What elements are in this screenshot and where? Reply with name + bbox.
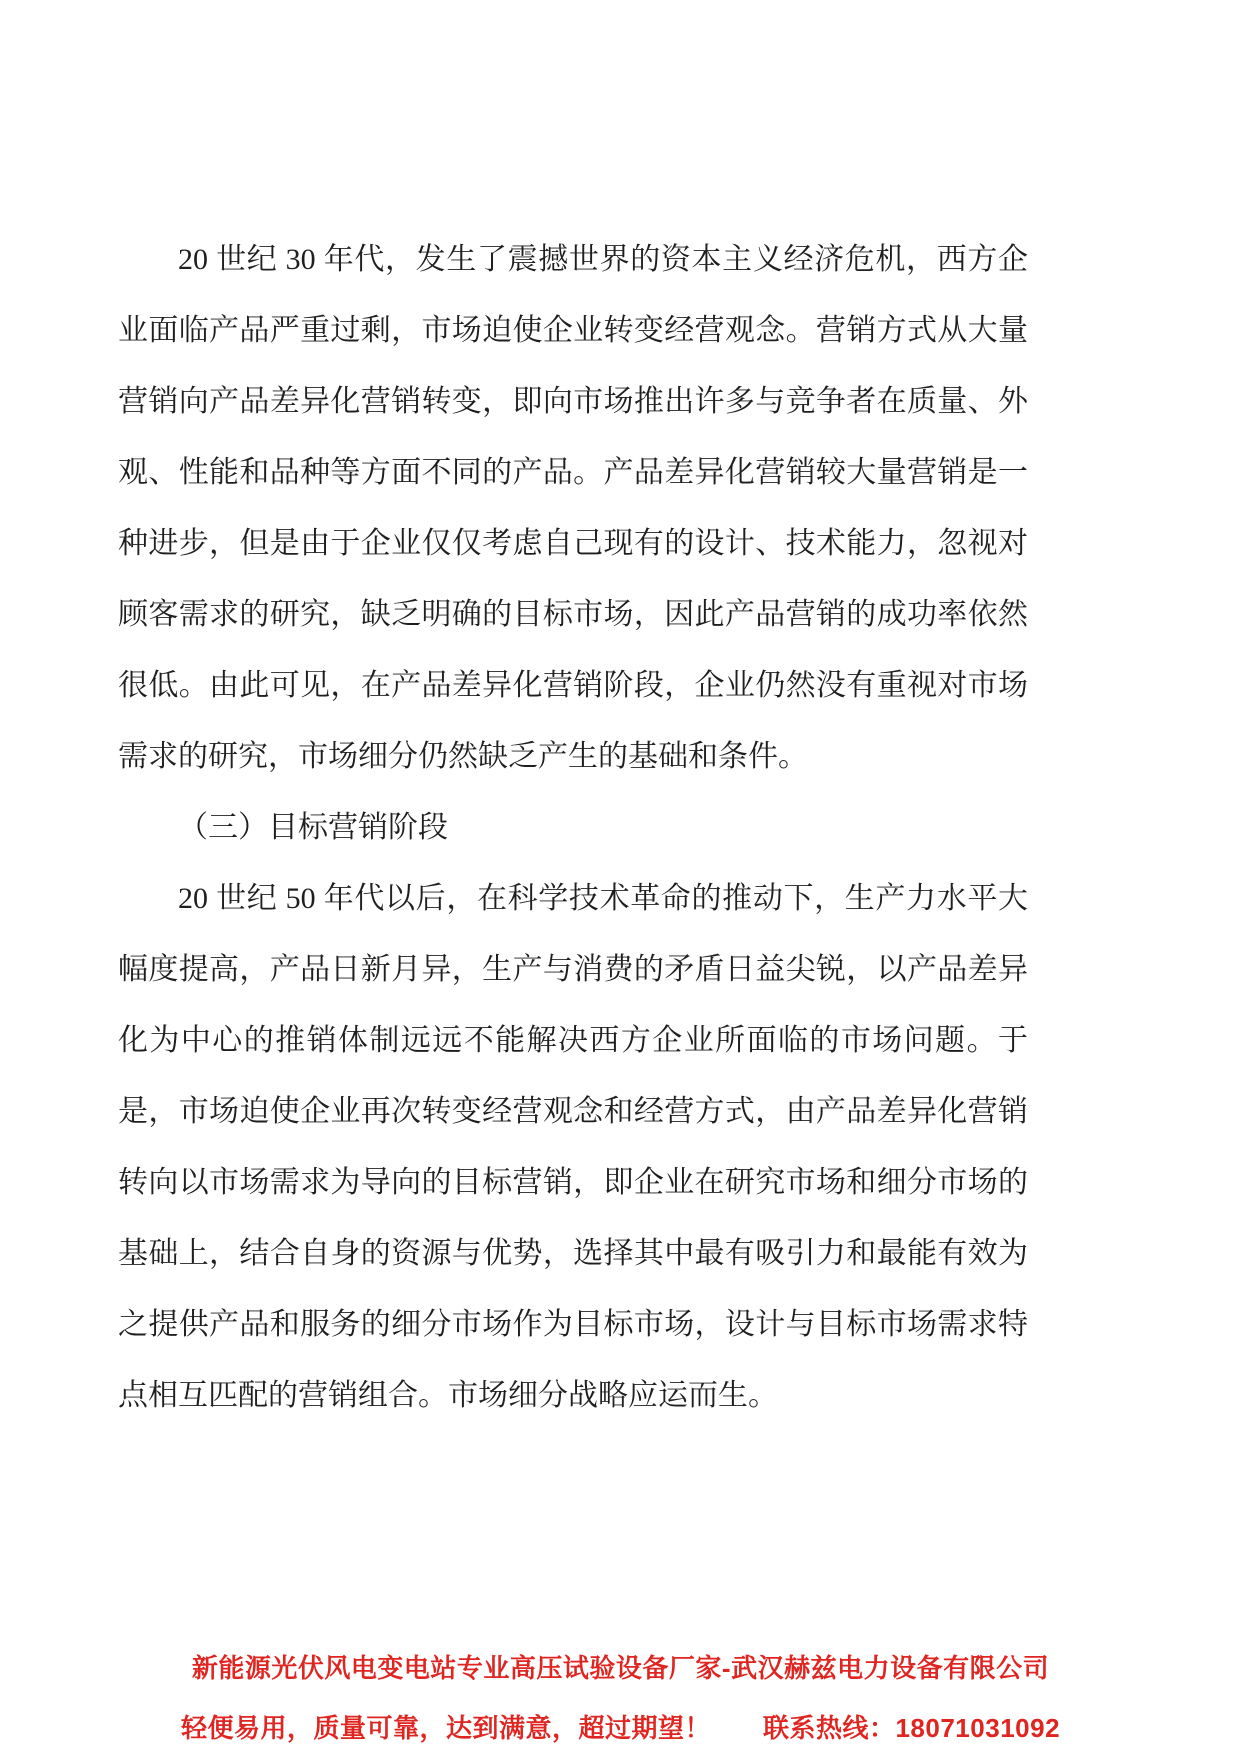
paragraph-product-differentiation-stage: 20 世纪 30 年代，发生了震撼世界的资本主义经济危机，西方企业面临产品严重过…	[118, 224, 1028, 792]
document-page: 20 世纪 30 年代，发生了震撼世界的资本主义经济危机，西方企业面临产品严重过…	[0, 0, 1241, 1754]
section-heading-target-marketing-stage: （三）目标营销阶段	[118, 792, 1028, 863]
paragraph-target-marketing-stage: 20 世纪 50 年代以后，在科学技术革命的推动下，生产力水平大幅度提高，产品日…	[118, 863, 1028, 1431]
document-body: 20 世纪 30 年代，发生了震撼世界的资本主义经济危机，西方企业面临产品严重过…	[118, 224, 1028, 1431]
footer-hotline: 联系热线：18071031092	[763, 1712, 1060, 1745]
footer-company-line: 新能源光伏风电变电站专业高压试验设备厂家-武汉赫兹电力设备有限公司	[0, 1652, 1241, 1685]
footer-slogan: 轻便易用，质量可靠，达到满意，超过期望！	[181, 1712, 711, 1745]
footer-ad-banner: 新能源光伏风电变电站专业高压试验设备厂家-武汉赫兹电力设备有限公司 轻便易用，质…	[0, 1652, 1241, 1745]
footer-second-line: 轻便易用，质量可靠，达到满意，超过期望！ 联系热线：18071031092	[0, 1712, 1241, 1745]
